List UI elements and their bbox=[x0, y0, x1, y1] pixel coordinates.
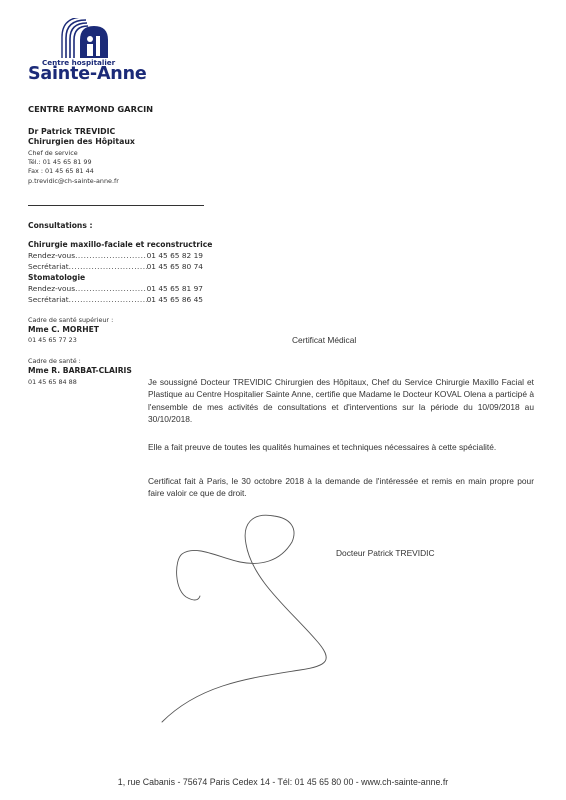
senior-cadre-name: Mme C. MORHET bbox=[28, 325, 99, 334]
hospital-logo-icon bbox=[60, 18, 110, 60]
cadre-name: Mme R. BARBAT-CLAIRIS bbox=[28, 366, 132, 375]
doctor-tel: Tél.: 01 45 65 81 99 bbox=[28, 158, 92, 166]
contact-row: Rendez-vous ............................… bbox=[28, 284, 203, 293]
contact-number: 01 45 65 86 45 bbox=[147, 295, 203, 304]
doctor-title: Chirurgien des Hôpitaux bbox=[28, 137, 135, 146]
signatory-name: Docteur Patrick TREVIDIC bbox=[336, 548, 435, 558]
center-name: CENTRE RAYMOND GARCIN bbox=[28, 104, 153, 114]
contact-number: 01 45 65 80 74 bbox=[147, 262, 203, 271]
section-title-chirurgie: Chirurgie maxillo-faciale et reconstruct… bbox=[28, 240, 212, 249]
leader-dots: ........................................… bbox=[69, 295, 147, 304]
doctor-email: p.trevidic@ch-sainte-anne.fr bbox=[28, 177, 119, 185]
leader-dots: ........................................… bbox=[75, 251, 147, 260]
contact-label: Rendez-vous bbox=[28, 284, 75, 293]
contact-label: Secrétariat bbox=[28, 295, 69, 304]
certificate-paragraph: Elle a fait preuve de toutes les qualité… bbox=[148, 441, 534, 453]
footer-address: 1, rue Cabanis - 75674 Paris Cedex 14 - … bbox=[0, 777, 566, 787]
contact-number: 01 45 65 82 19 bbox=[147, 251, 203, 260]
contact-row: Secrétariat ............................… bbox=[28, 295, 203, 304]
certificate-title: Certificat Médical bbox=[292, 335, 356, 345]
doctor-name: Dr Patrick TREVIDIC bbox=[28, 127, 115, 136]
signature-icon bbox=[140, 500, 540, 750]
cadre-label: Cadre de santé : bbox=[28, 357, 81, 365]
doctor-role: Chef de service bbox=[28, 149, 78, 157]
certificate-paragraph: Certificat fait à Paris, le 30 octobre 2… bbox=[148, 475, 534, 500]
divider bbox=[28, 205, 204, 206]
contact-row: Rendez-vous ............................… bbox=[28, 251, 203, 260]
leader-dots: ........................................… bbox=[75, 284, 147, 293]
senior-cadre-label: Cadre de santé supérieur : bbox=[28, 316, 113, 324]
contact-label: Rendez-vous bbox=[28, 251, 75, 260]
certificate-paragraph: Je soussigné Docteur TREVIDIC Chirurgien… bbox=[148, 376, 534, 426]
leader-dots: ........................................… bbox=[69, 262, 147, 271]
logo-title: Sainte-Anne bbox=[28, 64, 147, 84]
cadre-tel: 01 45 65 84 88 bbox=[28, 378, 77, 386]
contact-label: Secrétariat bbox=[28, 262, 69, 271]
contact-number: 01 45 65 81 97 bbox=[147, 284, 203, 293]
consultations-heading: Consultations : bbox=[28, 221, 93, 230]
senior-cadre-tel: 01 45 65 77 23 bbox=[28, 336, 77, 344]
contact-row: Secrétariat ............................… bbox=[28, 262, 203, 271]
section-title-stomatologie: Stomatologie bbox=[28, 273, 85, 282]
doctor-fax: Fax : 01 45 65 81 44 bbox=[28, 167, 94, 175]
